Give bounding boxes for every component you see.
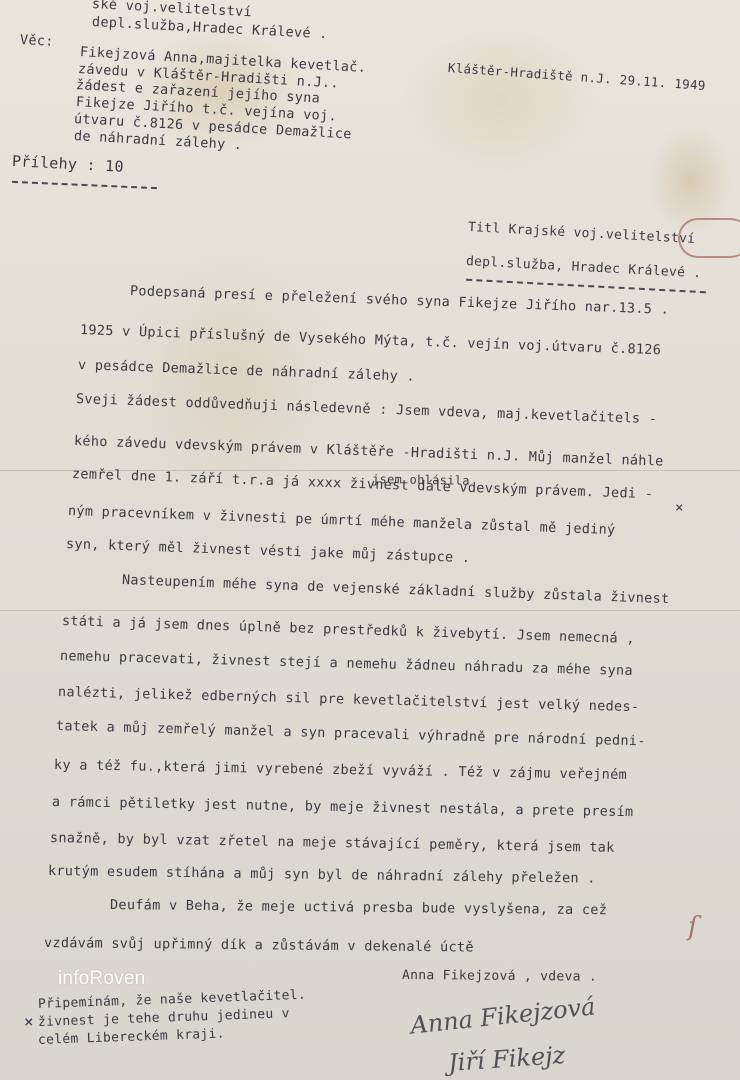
attachments-count: Přílehy : 10: [12, 152, 125, 176]
body-line: ky a též fu.,která jimi vyrebené zbeží v…: [54, 757, 627, 783]
red-paperclip-mark: [678, 218, 740, 258]
body-line: snažně, by byl vzat zřetel na meje stáva…: [50, 830, 615, 856]
postscript-x-mark: ×: [24, 1012, 34, 1031]
signature-jiri: Jiří Fikejz: [447, 1041, 566, 1077]
watermark-logo: infoRoven: [58, 968, 145, 990]
x-mark: ×: [675, 500, 683, 516]
body-line: Deufám v Beha, že meje uctivá presba bud…: [110, 897, 607, 918]
signature-anna: Anna Fikejzová: [409, 992, 597, 1039]
red-handwritten-tick: ſ: [688, 912, 698, 942]
body-line: nalézti, jelikež edberných sil pre kevet…: [58, 684, 640, 715]
closing-name: Anna Fikejzová , vdeva .: [402, 968, 597, 985]
body-line: krutým esudem stíhána a můj syn byl de n…: [48, 863, 596, 887]
body-line: státi a já jsem dnes úplně bez prestředk…: [62, 613, 635, 647]
body-line: nemehu pracevati, živnest stejí a nemehu…: [60, 648, 633, 679]
addressee-line-2: depl.služba, Hradec Králevé .: [466, 254, 702, 281]
body-line: vzdávám svůj upřimný dík a zůstávám v de…: [44, 935, 474, 956]
body-line: Nasteupením méhe syna de vejenské základ…: [122, 572, 670, 607]
sender-line-2: depl.služba,Hradec Králevé .: [92, 14, 328, 42]
paper-fold-line: [0, 610, 740, 611]
addressee-line-1: Titl Krajské voj.velitelství: [468, 220, 696, 247]
body-line: 1925 v Úpici příslušný de Vysekého Mýta,…: [80, 322, 662, 358]
interlinear-correction: jsem ohlásila: [372, 472, 470, 488]
body-line: kého závedu vdevským právem v Kláštěře -…: [74, 433, 664, 470]
body-line: ným pracevníkem v živnesti pe úmrtí méhe…: [68, 503, 616, 538]
postscript-line: celém Libereckém kraji.: [38, 1026, 225, 1048]
body-line: zemřel dne 1. září t.r.a já xxxx živnest…: [72, 466, 654, 502]
addressee-underline: [466, 279, 706, 294]
body-line: a rámci pětiletky jest nutne, by meje ži…: [52, 794, 634, 820]
body-line: v pesádce Demažlice de náhradní zálehy .: [78, 357, 415, 385]
document-page: ské voj.velitelství depl.služba,Hradec K…: [0, 0, 740, 1080]
body-line: syn, který měl živnest vésti jake můj zá…: [66, 536, 471, 566]
body-line: tatek a můj zemřelý manžel a syn praceva…: [56, 718, 646, 749]
place-date: Kláštěr-Hradiště n.J. 29.11. 1949: [447, 60, 706, 93]
body-line: Podepsaná presí e přeležení svého syna F…: [130, 283, 670, 318]
subject-label: Věc:: [20, 32, 55, 50]
body-line: Sveji žádest oddůvedňuji následevně : Js…: [76, 391, 658, 427]
attachments-underline: [12, 181, 157, 189]
